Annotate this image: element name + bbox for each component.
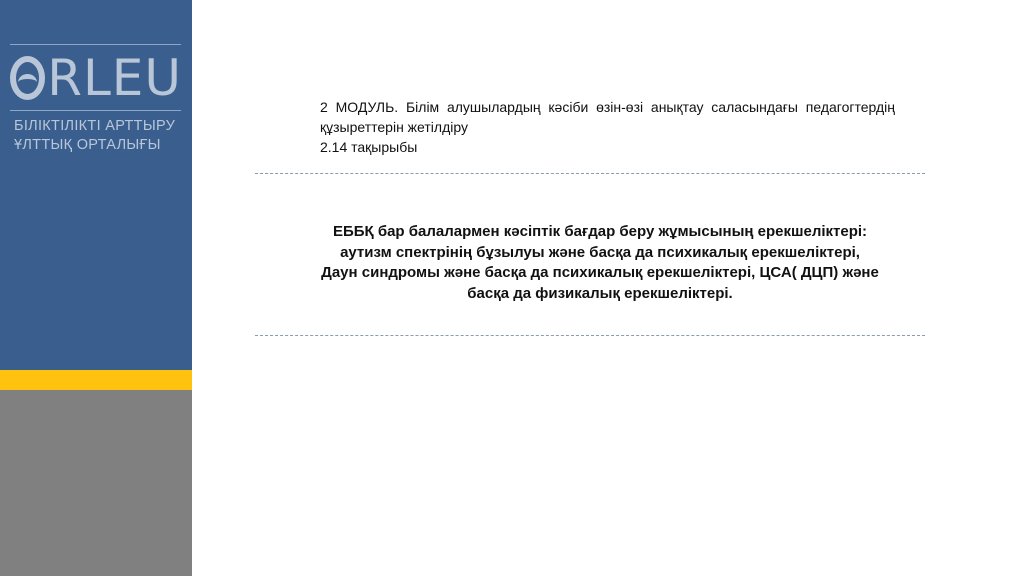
dashed-divider-top [255, 173, 925, 174]
module-header: 2 МОДУЛЬ. Білім алушылардың кәсіби өзін-… [320, 97, 895, 157]
logo-o-icon [10, 56, 45, 100]
topic-number: 2.14 тақырыбы [320, 137, 895, 157]
topic-title-line: аутизм спектрінің бұзылуы және басқа да … [270, 243, 930, 264]
topic-title-line: ЕББҚ бар балалармен кәсіптік бағдар беру… [270, 222, 930, 243]
sidebar: RLEU БІЛІКТІЛІКТІ АРТТЫРУ ҰЛТТЫҚ ОРТАЛЫҒ… [0, 0, 192, 576]
logo-divider-bottom [10, 110, 181, 111]
logo-divider-top [10, 44, 181, 45]
dashed-divider-bottom [255, 335, 925, 336]
logo-subtitle-line1: БІЛІКТІЛІКТІ АРТТЫРУ [14, 118, 186, 134]
logo-wordmark: RLEU [47, 53, 182, 103]
topic-title-line: басқа да физикалық ерекшеліктері. [270, 284, 930, 305]
logo-subtitle-line2: ҰЛТТЫҚ ОРТАЛЫҒЫ [14, 137, 186, 153]
module-title: 2 МОДУЛЬ. Білім алушылардың кәсіби өзін-… [320, 97, 895, 137]
orleu-logo: RLEU [10, 50, 182, 106]
topic-title-line: Даун синдромы және басқа да психикалық е… [270, 263, 930, 284]
sidebar-yellow-band [0, 370, 192, 390]
topic-title: ЕББҚ бар балалармен кәсіптік бағдар беру… [270, 222, 930, 304]
sidebar-gray-panel [0, 390, 192, 576]
